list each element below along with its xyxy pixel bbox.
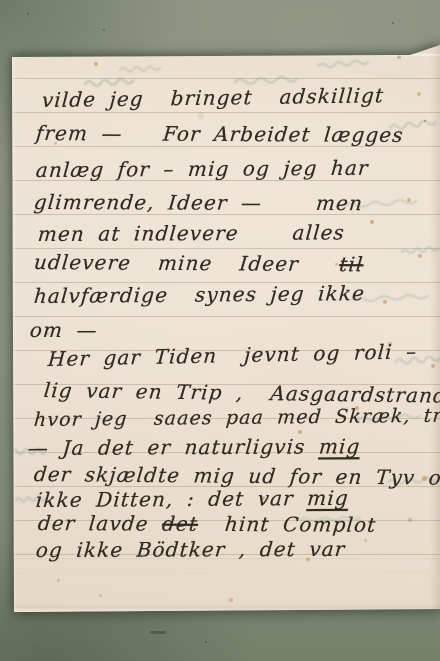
bleedthrough-stroke <box>120 66 160 72</box>
paper-shadow-wrap: vilde jeg bringet adskilligtfrem — For A… <box>0 0 440 661</box>
background-speck <box>103 29 105 31</box>
foxing-spot <box>418 254 422 258</box>
bleedthrough-stroke <box>235 76 297 84</box>
handwriting-line-8: om — <box>29 318 99 342</box>
handwriting-segment: til <box>338 252 364 276</box>
handwriting-line-5: men at indlevere alles <box>37 220 346 246</box>
handwriting-segment: men at indlevere alles <box>37 220 346 246</box>
paper-left-edge-highlight <box>12 56 17 613</box>
foxing-spot <box>370 220 374 224</box>
handwriting-line-14: ikke Ditten, : det var mig <box>35 486 350 512</box>
handwriting-line-11: hvor jeg saaes paa med Skræk, tror jeg <box>33 404 440 431</box>
photo-of-handwritten-letter: vilde jeg bringet adskilligtfrem — For A… <box>0 0 440 661</box>
letter-page: vilde jeg bringet adskilligtfrem — For A… <box>0 0 440 661</box>
handwriting-line-6: udlevere mine Ideer til <box>33 250 365 276</box>
handwriting-segment: halvfærdige synes jeg ikke <box>33 281 366 308</box>
handwriting-line-1: vilde jeg bringet adskilligt <box>41 83 385 112</box>
handwriting-segment: — Ja det er naturligvis <box>27 434 320 460</box>
handwriting-line-2: frem — For Arbeidet lægges <box>35 121 405 147</box>
handwriting-segment: glimrende, Ideer — men <box>33 190 364 215</box>
foxing-spot <box>407 198 411 202</box>
handwriting-segment: hvor jeg saaes paa med Skræk, tror jeg <box>33 404 440 431</box>
handwriting-segment: det <box>161 512 199 536</box>
foxing-spot <box>364 539 367 542</box>
bleedthrough-stroke <box>318 60 368 68</box>
foxing-spot <box>94 62 98 66</box>
paper-crease <box>14 571 440 573</box>
foxing-spot <box>417 92 421 96</box>
handwriting-segment: der skjældte mig ud for en Tyv og <box>33 462 440 490</box>
paper-top-edge-highlight <box>0 54 440 57</box>
foxing-spot <box>57 579 60 582</box>
handwriting-segment: der lavde <box>37 511 163 536</box>
background-speck <box>205 641 207 643</box>
foxing-spot <box>298 430 302 434</box>
foxing-spot <box>229 598 233 602</box>
background-speck <box>150 631 166 634</box>
paper-right-edge-shade <box>430 44 440 613</box>
foxing-spot <box>197 112 204 119</box>
background-speck <box>392 22 394 24</box>
handwriting-segment: om — <box>29 318 99 342</box>
handwriting-segment: ikke Ditten, : det var <box>35 486 308 512</box>
handwriting-segment: anlæg for – mig og jeg har <box>35 156 370 182</box>
paper-bottom-edge-highlight <box>0 604 440 612</box>
handwriting-line-15: der lavde det hint Complot <box>37 511 378 537</box>
handwriting-segment: frem — For Arbeidet lægges <box>35 121 405 147</box>
handwriting-line-4: glimrende, Ideer — men <box>33 190 364 215</box>
background-speck <box>27 13 29 15</box>
handwriting-segment: hint Complot <box>197 512 377 537</box>
background-speck <box>424 120 426 122</box>
handwriting-segment: mig <box>306 486 349 510</box>
paper-crease <box>250 150 438 152</box>
handwriting-line-13: der skjældte mig ud for en Tyv og <box>33 462 440 490</box>
handwriting-segment: og ikke Bödtker , det var <box>35 537 347 562</box>
handwriting-segment: udlevere mine Ideer <box>33 250 341 276</box>
handwriting-line-16: og ikke Bödtker , det var <box>35 537 347 562</box>
handwriting-line-3: anlæg for – mig og jeg har <box>35 156 370 182</box>
handwriting-line-7: halvfærdige synes jeg ikke <box>33 281 366 308</box>
foxing-spot <box>99 594 102 597</box>
handwriting-segment: mig <box>318 434 361 458</box>
foxing-spot <box>408 518 412 522</box>
handwriting-line-12: — Ja det er naturligvis mig <box>27 434 361 460</box>
handwriting-segment: vilde jeg bringet adskilligt <box>41 83 385 112</box>
bleedthrough-stroke <box>85 78 133 86</box>
